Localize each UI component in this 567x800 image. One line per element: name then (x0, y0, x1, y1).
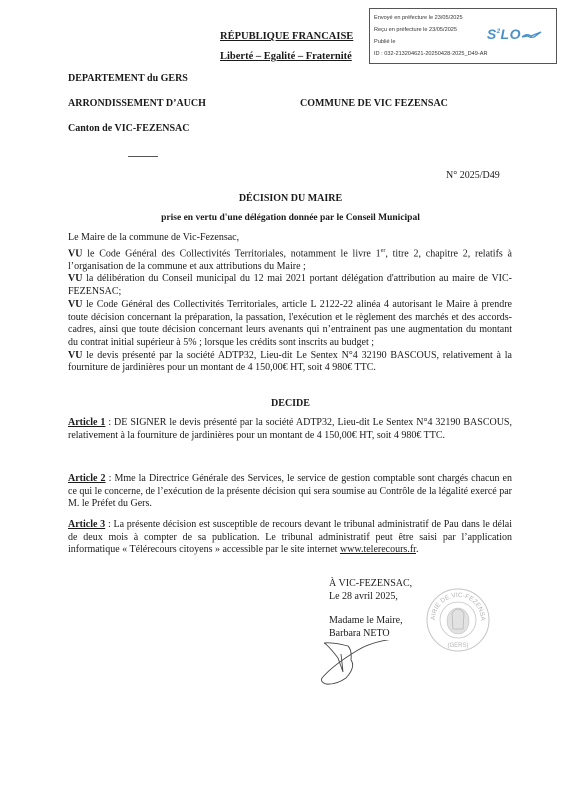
vu-item: VU le Code Général des Collectivités Ter… (68, 299, 512, 350)
vu-item: VU le devis présenté par la société ADTP… (68, 350, 512, 375)
divider (128, 156, 158, 157)
signature-date: Le 28 avril 2025, (329, 591, 412, 604)
article-3: Article 3 : La présente décision est sus… (68, 519, 512, 557)
preamble-intro: Le Maire de la commune de Vic-Fezensac, (68, 232, 512, 245)
signatory-role: Madame le Maire, (329, 615, 412, 628)
decision-subtitle: prise en vertu d'une délégation donnée p… (0, 213, 567, 223)
article-label: Article 3 (68, 519, 105, 530)
s2lo-logo: S2LO (487, 26, 542, 43)
article-label: Article 2 (68, 473, 106, 484)
article-2: Article 2 : Mme la Directrice Générale d… (68, 473, 512, 511)
prefecture-stamp: Envoyé en préfecture le 23/05/2025 Reçu … (369, 8, 557, 64)
article-label: Article 1 (68, 417, 105, 428)
svg-text:(GERS): (GERS) (448, 643, 469, 649)
handwritten-signature (318, 640, 418, 705)
mairie-seal-icon: MAIRIE DE VIC-FEZENSAC (GERS) (425, 587, 491, 653)
commune-label: COMMUNE DE VIC FEZENSAC (300, 98, 448, 109)
canton-label: Canton de VIC-FEZENSAC (68, 123, 190, 134)
vu-item: VU le Code Général des Collectivités Ter… (68, 245, 512, 274)
vu-item: VU la délibération du Conseil municipal … (68, 273, 512, 298)
arrondissement-label: ARRONDISSEMENT D’AUCH (68, 98, 206, 109)
decide-heading: DECIDE (0, 398, 567, 409)
article-1: Article 1 : DE SIGNER le devis présenté … (68, 417, 512, 442)
stamp-sent-date: Envoyé en préfecture le 23/05/2025 (374, 12, 552, 24)
decision-number: N° 2025/D49 (446, 170, 500, 181)
signature-place: À VIC-FEZENSAC, (329, 578, 412, 591)
republic-title: RÉPUBLIQUE FRANCAISE (220, 31, 353, 42)
departement-label: DEPARTEMENT du GERS (68, 73, 188, 84)
preamble: Le Maire de la commune de Vic-Fezensac, … (68, 232, 512, 375)
telerecours-link[interactable]: www.telerecours.fr (340, 544, 416, 555)
paper-plane-icon (522, 31, 542, 42)
signature-block: À VIC-FEZENSAC, Le 28 avril 2025, Madame… (329, 578, 412, 640)
stamp-id: ID : 032-213204621-20250428-2025_D49-AR (374, 48, 552, 60)
signatory-name: Barbara NETO (329, 628, 412, 641)
decision-title: DÉCISION DU MAIRE (0, 193, 567, 204)
republic-motto: Liberté – Egalité – Fraternité (220, 51, 352, 62)
